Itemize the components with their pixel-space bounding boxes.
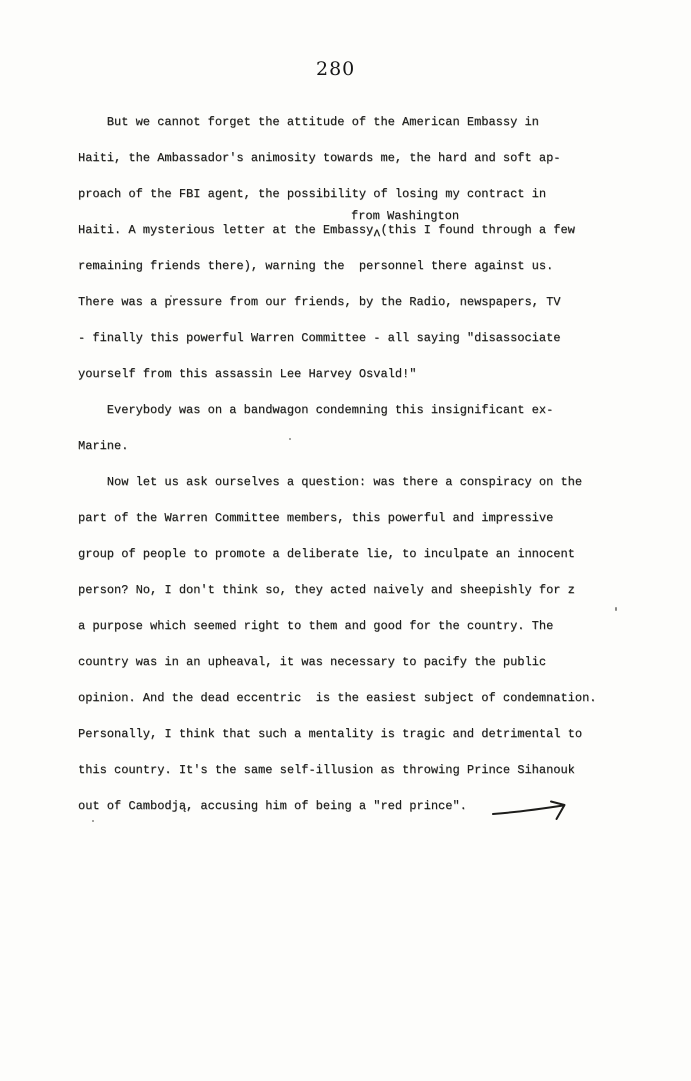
text-line: Everybody was on a bandwagon condemning … [78,392,638,428]
insertion-caret-icon: ʌ [373,215,380,251]
typewriter-lines: But we cannot forget the attitude of the… [78,104,638,824]
text-line: - finally this powerful Warren Committee… [78,320,638,356]
inserted-annotation: from Washington [351,209,459,223]
text-line: Haiti, the Ambassador's animosity toward… [78,140,638,176]
hand-drawn-arrow-icon [491,796,579,822]
text-line: person? No, I don't think so, they acted… [78,572,638,608]
scan-speck [615,607,617,611]
text-line: out of Cambodją, accusing him of being a… [78,788,638,824]
text-line: But we cannot forget the attitude of the… [78,104,638,140]
text-line: group of people to promote a deliberate … [78,536,638,572]
text-line: Marine. [78,428,638,464]
text-line: part of the Warren Committee members, th… [78,500,638,536]
scan-speck [289,438,291,440]
text-line: proach of the FBI agent, the possibility… [78,176,638,212]
text-line: yourself from this assassin Lee Harvey O… [78,356,638,392]
text-line: remaining friends there), warning the pe… [78,248,638,284]
text-line: There was a pressure from our friends, b… [78,284,638,320]
text-line: Now let us ask ourselves a question: was… [78,464,638,500]
text-line: this country. It's the same self-illusio… [78,752,638,788]
text-line: a purpose which seemed right to them and… [78,608,638,644]
scan-speck [92,820,94,822]
document-page: 280 But we cannot forget the attitude of… [0,0,691,1081]
text-line: from WashingtonHaiti. A mysterious lette… [78,212,638,248]
text-line: Personally, I think that such a mentalit… [78,716,638,752]
text-line: country was in an upheaval, it was neces… [78,644,638,680]
page-number: 280 [316,58,355,80]
scan-speck [170,295,172,297]
text-line: opinion. And the dead eccentric is the e… [78,680,638,716]
